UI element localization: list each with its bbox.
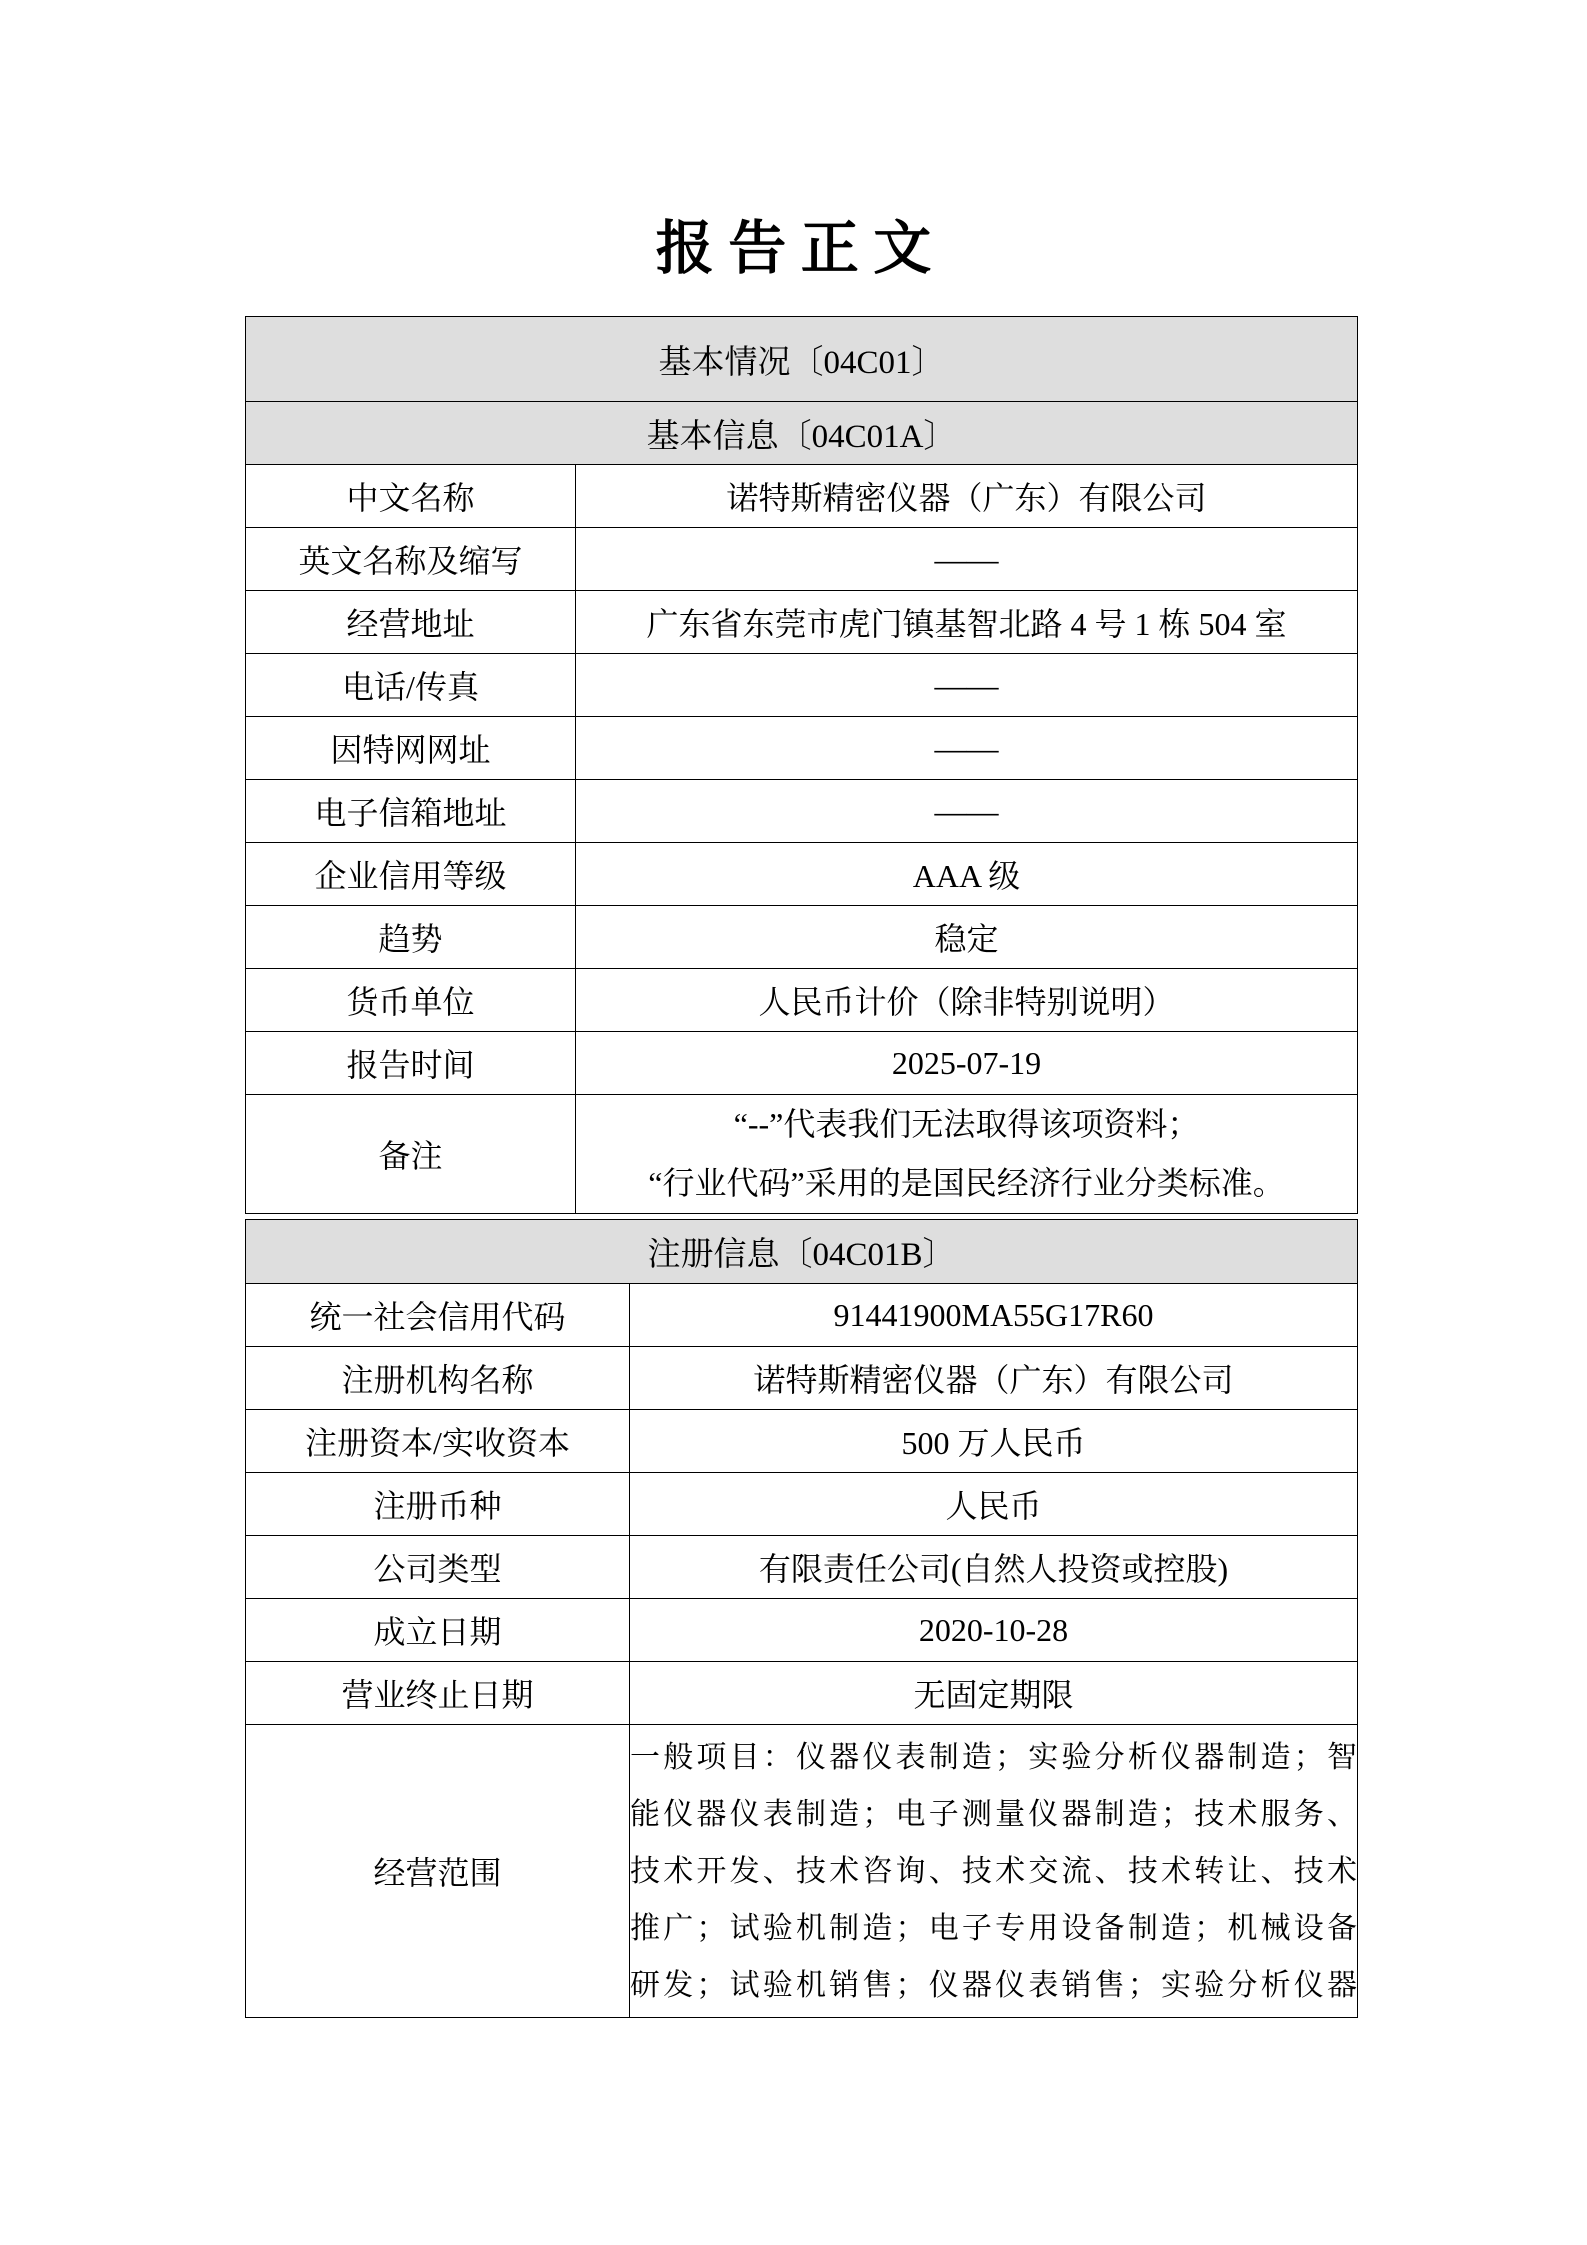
table-row: 电话/传真 —— — [246, 654, 1358, 717]
row-label: 因特网网址 — [246, 717, 576, 780]
row-label: 中文名称 — [246, 465, 576, 528]
section-title-basic-situation: 基本情况〔04C01〕 — [246, 317, 1358, 402]
remark-value: “--”代表我们无法取得该项资料； “行业代码”采用的是国民经济行业分类标准。 — [576, 1095, 1358, 1214]
section-header-registration-info: 注册信息〔04C01B〕 — [246, 1220, 1358, 1284]
table-row: 因特网网址 —— — [246, 717, 1358, 780]
section-title-basic-info: 基本信息〔04C01A〕 — [246, 402, 1358, 465]
scope-line-2: 能仪器仪表制造；电子测量仪器制造；技术服务、 — [630, 1786, 1357, 1843]
row-label: 货币单位 — [246, 969, 576, 1032]
table-row: 中文名称 诺特斯精密仪器（广东）有限公司 — [246, 465, 1358, 528]
row-label: 注册币种 — [246, 1473, 630, 1536]
scope-line-1: 一般项目：仪器仪表制造；实验分析仪器制造；智 — [630, 1729, 1357, 1786]
row-value: —— — [576, 780, 1358, 843]
scope-line-5: 研发；试验机销售；仪器仪表销售；实验分析仪器 — [630, 1957, 1357, 2014]
row-label: 英文名称及缩写 — [246, 528, 576, 591]
row-value: 诺特斯精密仪器（广东）有限公司 — [576, 465, 1358, 528]
basic-info-rows: 中文名称 诺特斯精密仪器（广东）有限公司 英文名称及缩写 —— 经营地址 广东省… — [246, 465, 1358, 1095]
table-row: 公司类型 有限责任公司(自然人投资或控股) — [246, 1536, 1358, 1599]
row-value: —— — [576, 654, 1358, 717]
row-label: 注册资本/实收资本 — [246, 1410, 630, 1473]
table-row: 成立日期 2020-10-28 — [246, 1599, 1358, 1662]
row-label: 报告时间 — [246, 1032, 576, 1095]
basic-situation-table: 基本情况〔04C01〕 基本信息〔04C01A〕 中文名称 诺特斯精密仪器（广东… — [245, 316, 1358, 1214]
row-label: 电话/传真 — [246, 654, 576, 717]
row-value: —— — [576, 528, 1358, 591]
row-label: 成立日期 — [246, 1599, 630, 1662]
scope-line-3: 技术开发、技术咨询、技术交流、技术转让、技术 — [630, 1843, 1357, 1900]
row-value: 2020-10-28 — [630, 1599, 1358, 1662]
row-value: 稳定 — [576, 906, 1358, 969]
row-label: 经营地址 — [246, 591, 576, 654]
table-row: 统一社会信用代码 91441900MA55G17R60 — [246, 1284, 1358, 1347]
row-value: AAA 级 — [576, 843, 1358, 906]
row-label: 电子信箱地址 — [246, 780, 576, 843]
section-title-registration-info: 注册信息〔04C01B〕 — [246, 1220, 1358, 1284]
tables-wrap: 基本情况〔04C01〕 基本信息〔04C01A〕 中文名称 诺特斯精密仪器（广东… — [245, 316, 1357, 2018]
row-label: 注册机构名称 — [246, 1347, 630, 1410]
row-label: 统一社会信用代码 — [246, 1284, 630, 1347]
row-label: 企业信用等级 — [246, 843, 576, 906]
business-scope-value: 一般项目：仪器仪表制造；实验分析仪器制造；智 能仪器仪表制造；电子测量仪器制造；… — [630, 1725, 1358, 2018]
row-value: 人民币 — [630, 1473, 1358, 1536]
section-header-basic-situation: 基本情况〔04C01〕 — [246, 317, 1358, 402]
table-row: 注册资本/实收资本 500 万人民币 — [246, 1410, 1358, 1473]
registration-info-rows: 统一社会信用代码 91441900MA55G17R60 注册机构名称 诺特斯精密… — [246, 1284, 1358, 1725]
table-row: 报告时间 2025-07-19 — [246, 1032, 1358, 1095]
table-row: 企业信用等级 AAA 级 — [246, 843, 1358, 906]
report-page: 报 告 正 文 基本情况〔04C01〕 基本信息〔04C01A〕 中文名称 — [0, 0, 1587, 2245]
row-value: 2025-07-19 — [576, 1032, 1358, 1095]
row-label: 营业终止日期 — [246, 1662, 630, 1725]
row-value: 诺特斯精密仪器（广东）有限公司 — [630, 1347, 1358, 1410]
row-value: 无固定期限 — [630, 1662, 1358, 1725]
row-value: 500 万人民币 — [630, 1410, 1358, 1473]
document-title: 报 告 正 文 — [0, 214, 1587, 284]
remark-line-1: “--”代表我们无法取得该项资料； — [576, 1095, 1357, 1154]
registration-info-table: 注册信息〔04C01B〕 统一社会信用代码 91441900MA55G17R60… — [245, 1219, 1358, 2018]
table-row: 经营地址 广东省东莞市虎门镇基智北路 4 号 1 栋 504 室 — [246, 591, 1358, 654]
row-value: 广东省东莞市虎门镇基智北路 4 号 1 栋 504 室 — [576, 591, 1358, 654]
remark-line-2: “行业代码”采用的是国民经济行业分类标准。 — [576, 1154, 1357, 1213]
row-value: 人民币计价（除非特别说明） — [576, 969, 1358, 1032]
row-label: 趋势 — [246, 906, 576, 969]
table-row: 趋势 稳定 — [246, 906, 1358, 969]
row-value: 91441900MA55G17R60 — [630, 1284, 1358, 1347]
business-scope-row: 经营范围 一般项目：仪器仪表制造；实验分析仪器制造；智 能仪器仪表制造；电子测量… — [246, 1725, 1358, 2018]
remark-label: 备注 — [246, 1095, 576, 1214]
table-row: 营业终止日期 无固定期限 — [246, 1662, 1358, 1725]
section-header-basic-info: 基本信息〔04C01A〕 — [246, 402, 1358, 465]
scope-line-4: 推广；试验机制造；电子专用设备制造；机械设备 — [630, 1900, 1357, 1957]
table-row: 注册机构名称 诺特斯精密仪器（广东）有限公司 — [246, 1347, 1358, 1410]
row-label: 公司类型 — [246, 1536, 630, 1599]
business-scope-label: 经营范围 — [246, 1725, 630, 2018]
row-value: 有限责任公司(自然人投资或控股) — [630, 1536, 1358, 1599]
table-row: 英文名称及缩写 —— — [246, 528, 1358, 591]
table-row: 注册币种 人民币 — [246, 1473, 1358, 1536]
table-row: 货币单位 人民币计价（除非特别说明） — [246, 969, 1358, 1032]
remark-row: 备注 “--”代表我们无法取得该项资料； “行业代码”采用的是国民经济行业分类标… — [246, 1095, 1358, 1214]
table-row: 电子信箱地址 —— — [246, 780, 1358, 843]
row-value: —— — [576, 717, 1358, 780]
